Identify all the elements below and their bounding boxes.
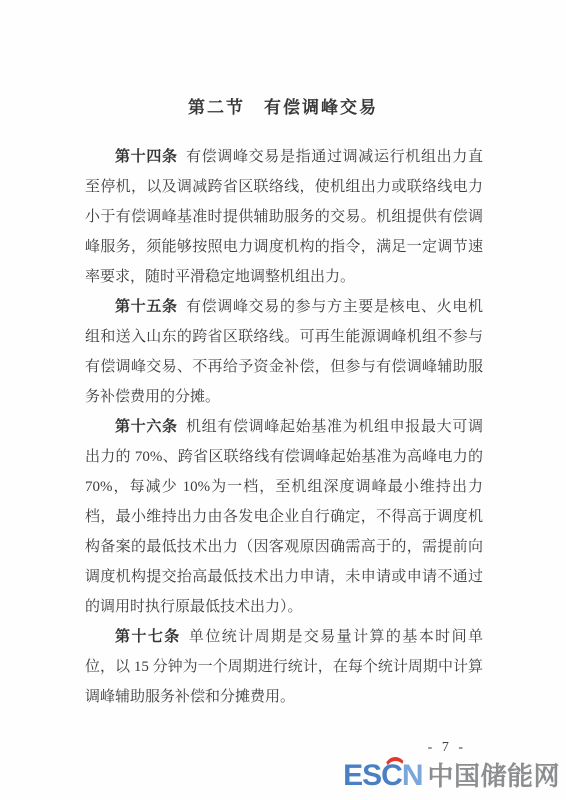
escn-logo-chinese: 中国储能网 xyxy=(427,759,560,793)
document-page: 第二节 有偿调峰交易 第十四条有偿调峰交易是指通过调减运行机组出力直至停机，以及… xyxy=(0,0,566,800)
article-text: 机组有偿调峰起始基准为机组申报最大可调出力的 70%、跨省区联络线有偿调峰起始基… xyxy=(85,419,483,615)
article-label: 第十七条 xyxy=(115,629,181,645)
article-label: 第十四条 xyxy=(115,149,178,165)
article-label: 第十五条 xyxy=(115,299,178,315)
article-paragraph-15: 第十五条有偿调峰交易的参与方主要是核电、火电机组和送入山东的跨省区联络线。可再生… xyxy=(85,292,483,412)
article-label: 第十六条 xyxy=(115,419,178,435)
article-paragraph-16: 第十六条机组有偿调峰起始基准为机组申报最大可调出力的 70%、跨省区联络线有偿调… xyxy=(85,412,483,622)
section-title: 第二节 有偿调峰交易 xyxy=(83,93,483,118)
document-body: 第十四条有偿调峰交易是指通过调减运行机组出力直至停机，以及调减跨省区联络线，使机… xyxy=(85,142,483,712)
page-number: - 7 - xyxy=(0,740,466,756)
escn-logo-text: ESCN xyxy=(343,759,422,793)
escn-watermark: ESCN 中国储能网 xyxy=(343,759,560,793)
article-paragraph-14: 第十四条有偿调峰交易是指通过调减运行机组出力直至停机，以及调减跨省区联络线，使机… xyxy=(85,142,483,292)
article-paragraph-17: 第十七条单位统计周期是交易量计算的基本时间单位，以 15 分钟为一个周期进行统计… xyxy=(85,622,483,712)
article-text: 有偿调峰交易是指通过调减运行机组出力直至停机，以及调减跨省区联络线，使机组出力或… xyxy=(85,149,483,285)
